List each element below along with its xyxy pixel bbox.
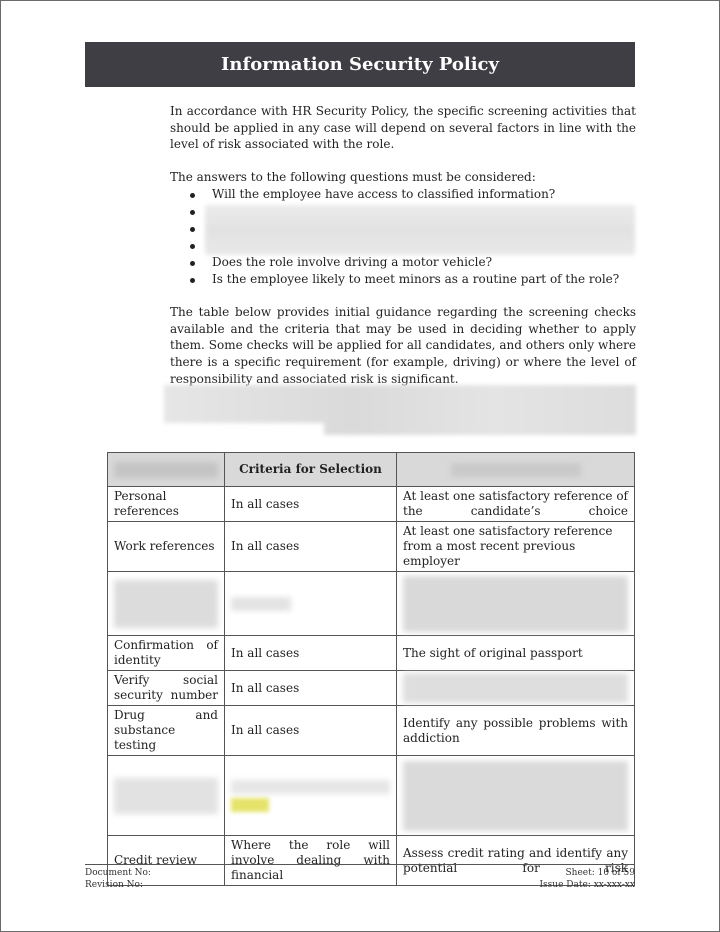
- bullet-icon: [190, 261, 195, 266]
- requirement-cell-redacted: [397, 671, 635, 706]
- check-cell: Personal references: [108, 487, 225, 522]
- criteria-cell: In all cases: [225, 487, 397, 522]
- bullet-icon: [190, 227, 195, 232]
- revision-number: Revision No:: [85, 879, 151, 891]
- issue-date: Issue Date: xx-xxx-xx: [485, 879, 635, 891]
- bullet-icon: [190, 210, 195, 215]
- requirement-cell: Identify any possible problems with addi…: [397, 706, 635, 756]
- page-title: Information Security Policy: [85, 42, 635, 87]
- footer-divider: [85, 864, 635, 865]
- header-redacted: [108, 453, 225, 487]
- bullet-icon: [190, 278, 195, 283]
- check-cell-redacted: [108, 572, 225, 636]
- check-cell: Confirmation of identity: [108, 636, 225, 671]
- table-intro-paragraph: The table below provides initial guidanc…: [170, 304, 636, 388]
- table-row: Personal references In all cases At leas…: [108, 487, 635, 522]
- check-cell-redacted: [108, 756, 225, 836]
- check-cell: Verify social security number: [108, 671, 225, 706]
- table-row-redacted: [108, 572, 635, 636]
- header-criteria: Criteria for Selection: [225, 453, 397, 487]
- criteria-cell: In all cases: [225, 671, 397, 706]
- question-text: Is the employee likely to meet minors as…: [212, 272, 619, 286]
- table-row: Drug and substance testing In all cases …: [108, 706, 635, 756]
- question-text: Does the role involve driving a motor ve…: [212, 255, 492, 269]
- header-redacted: [397, 453, 635, 487]
- sheet-number: Sheet: 10 of 59: [485, 867, 635, 879]
- bullet-icon: [190, 193, 195, 198]
- footer-right: Sheet: 10 of 59 Issue Date: xx-xxx-xx: [485, 867, 635, 891]
- bullet-icon: [190, 244, 195, 249]
- requirement-cell: At least one satisfactory reference from…: [397, 522, 635, 572]
- requirement-cell: The sight of original passport: [397, 636, 635, 671]
- criteria-cell-redacted: [225, 756, 397, 836]
- screening-table: Criteria for Selection Personal referenc…: [107, 452, 635, 886]
- criteria-cell: In all cases: [225, 636, 397, 671]
- criteria-cell: Where the role will involve dealing with…: [225, 836, 397, 886]
- table-row: Verify social security number In all cas…: [108, 671, 635, 706]
- table-row: Work references In all cases At least on…: [108, 522, 635, 572]
- questions-lead: The answers to the following questions m…: [170, 169, 636, 186]
- document-number: Document No:: [85, 867, 151, 879]
- criteria-cell: In all cases: [225, 522, 397, 572]
- footer-left: Document No: Revision No:: [85, 867, 151, 891]
- criteria-cell-redacted: [225, 572, 397, 636]
- requirement-cell: At least one satisfactory reference of t…: [397, 487, 635, 522]
- redacted-bullets: [205, 205, 635, 255]
- list-item: Will the employee have access to classif…: [170, 186, 636, 203]
- check-cell: Work references: [108, 522, 225, 572]
- list-item: Is the employee likely to meet minors as…: [170, 271, 636, 288]
- table-row-redacted: [108, 756, 635, 836]
- requirement-cell-redacted: [397, 572, 635, 636]
- intro-paragraph: In accordance with HR Security Policy, t…: [170, 103, 636, 153]
- list-item: Does the role involve driving a motor ve…: [170, 254, 636, 271]
- redacted-paragraph: [164, 385, 636, 435]
- check-cell: Drug and substance testing: [108, 706, 225, 756]
- criteria-cell: In all cases: [225, 706, 397, 756]
- question-text: Will the employee have access to classif…: [212, 187, 555, 201]
- highlighted-text: [231, 798, 269, 812]
- table-row: Confirmation of identity In all cases Th…: [108, 636, 635, 671]
- table-header-row: Criteria for Selection: [108, 453, 635, 487]
- requirement-cell-redacted: [397, 756, 635, 836]
